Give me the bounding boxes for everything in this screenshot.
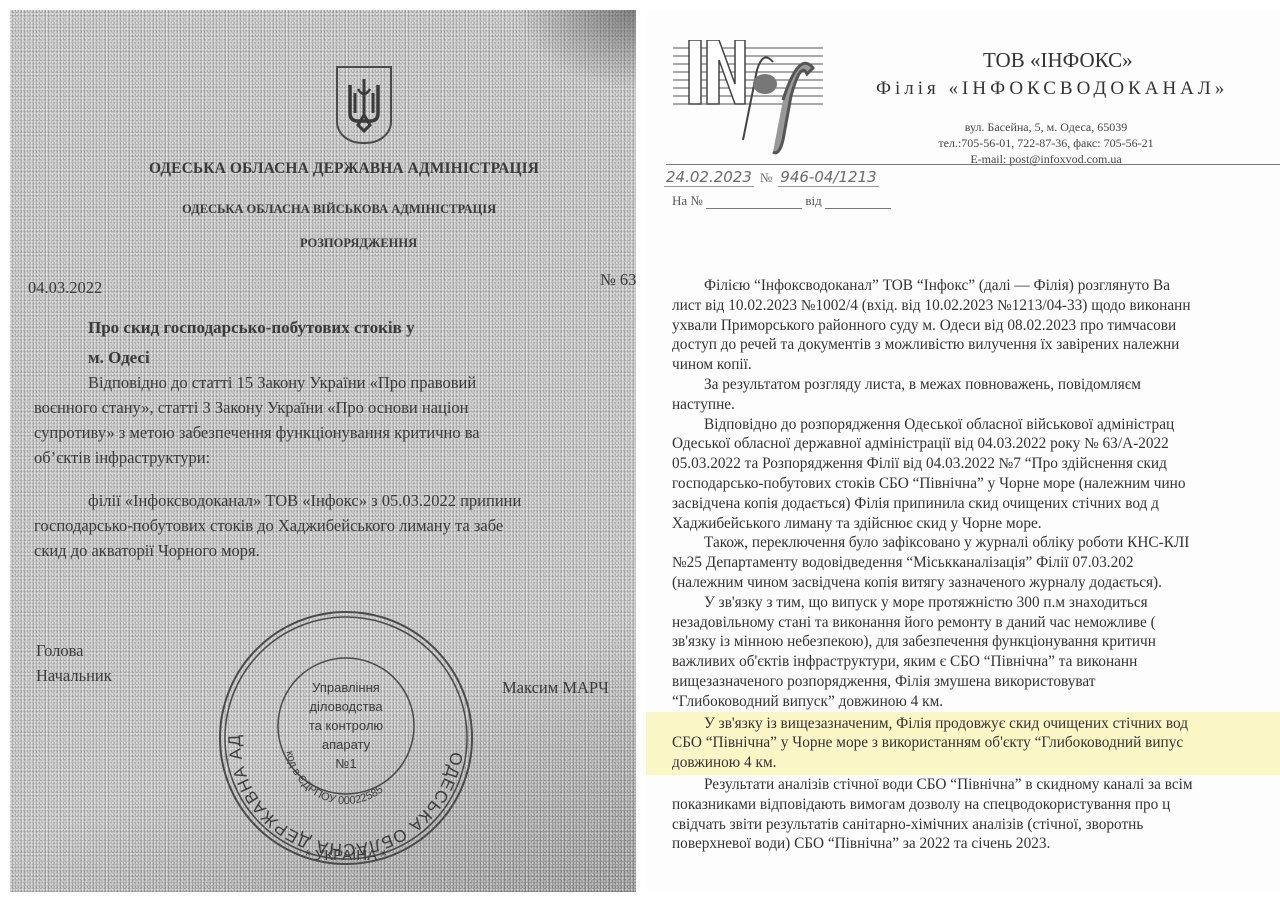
header-divider <box>666 164 1280 165</box>
svg-text:та контролю: та контролю <box>309 718 384 733</box>
svg-text:діловодства: діловодства <box>309 699 383 714</box>
document-subject: Про скид господарсько-побутових стоків у… <box>88 313 415 373</box>
outgoing-number: 946-04/1213 <box>778 168 878 187</box>
official-stamp: ОДЕСЬКА ОБЛАСНА ДЕРЖАВНА АДМІНІСТРАЦІЯ к… <box>216 608 476 868</box>
svg-text:апарату: апарату <box>322 737 371 752</box>
document-date: 04.03.2022 <box>28 278 102 298</box>
svg-text:Управління: Управління <box>312 680 380 695</box>
letter-paragraph: Результати аналізів стічної води СБО “Пі… <box>672 775 1280 854</box>
outgoing-date: 24.02.2023 <box>664 168 754 187</box>
phones: тел.:705-56-01, 722-87-36, факс: 705-56-… <box>876 136 1216 151</box>
header-regional-state-administration: ОДЕСЬКА ОБЛАСНА ДЕРЖАВНА АДМІНІСТРАЦІЯ <box>149 160 539 178</box>
right-document-letter: ТОВ «ІНФОКС» Філія «ІНФОКСВОДОКАНАЛ» вул… <box>646 10 1280 892</box>
paragraph-order: філії «Інфоксводоканал» ТОВ «Інфокс» з 0… <box>34 488 521 563</box>
letter-body: Філією “Інфоксводоканал” ТОВ “Інфокс” (д… <box>672 276 1280 854</box>
letter-paragraph: У зв'язку з тим, що випуск у море протяж… <box>672 593 1280 712</box>
left-document-scan: ОДЕСЬКА ОБЛАСНА ДЕРЖАВНА АДМІНІСТРАЦІЯ О… <box>10 10 636 892</box>
branch-name: Філія «ІНФОКСВОДОКАНАЛ» <box>876 78 1228 100</box>
signatory-name: Максим МАРЧ <box>502 678 609 698</box>
infox-logo-icon <box>673 40 823 160</box>
paragraph-legal-basis: Відповідно до статті 15 Закону України «… <box>34 370 480 470</box>
coat-of-arms-icon <box>336 66 392 144</box>
document-type: РОЗПОРЯДЖЕННЯ <box>300 236 417 251</box>
svg-text:№1: №1 <box>335 756 356 771</box>
svg-text:* УКРАЇНА *: * УКРАЇНА * <box>305 847 387 864</box>
organization-name: ТОВ «ІНФОКС» <box>983 48 1133 73</box>
address: вул. Басейна, 5, м. Одеса, 65039 <box>876 120 1216 135</box>
svg-text:ОДЕСЬКА ОБЛАСНА ДЕРЖАВНА АДМІН: ОДЕСЬКА ОБЛАСНА ДЕРЖАВНА АДМІНІСТРАЦІЯ <box>216 608 466 859</box>
letter-paragraph: Відповідно до розпорядження Одеської обл… <box>672 415 1280 534</box>
outgoing-reference: 24.02.2023№946-04/1213 <box>664 168 879 186</box>
highlighted-paragraph: У зв'язку із вищезазначеним, Філія продо… <box>646 712 1280 775</box>
signature-titles: Голова Начальник <box>36 638 112 688</box>
letter-paragraph: Також, переключення було зафіксовано у ж… <box>672 533 1280 592</box>
letter-paragraph: За результатом розгляду листа, в межах п… <box>672 375 1280 415</box>
reply-reference: На № від <box>672 193 891 209</box>
letter-paragraph: Філією “Інфоксводоканал” ТОВ “Інфокс” (д… <box>672 276 1280 375</box>
document-number: № 63 <box>600 270 636 290</box>
header-regional-military-administration: ОДЕСЬКА ОБЛАСНА ВІЙСЬКОВА АДМІНІСТРАЦІЯ <box>182 202 496 217</box>
